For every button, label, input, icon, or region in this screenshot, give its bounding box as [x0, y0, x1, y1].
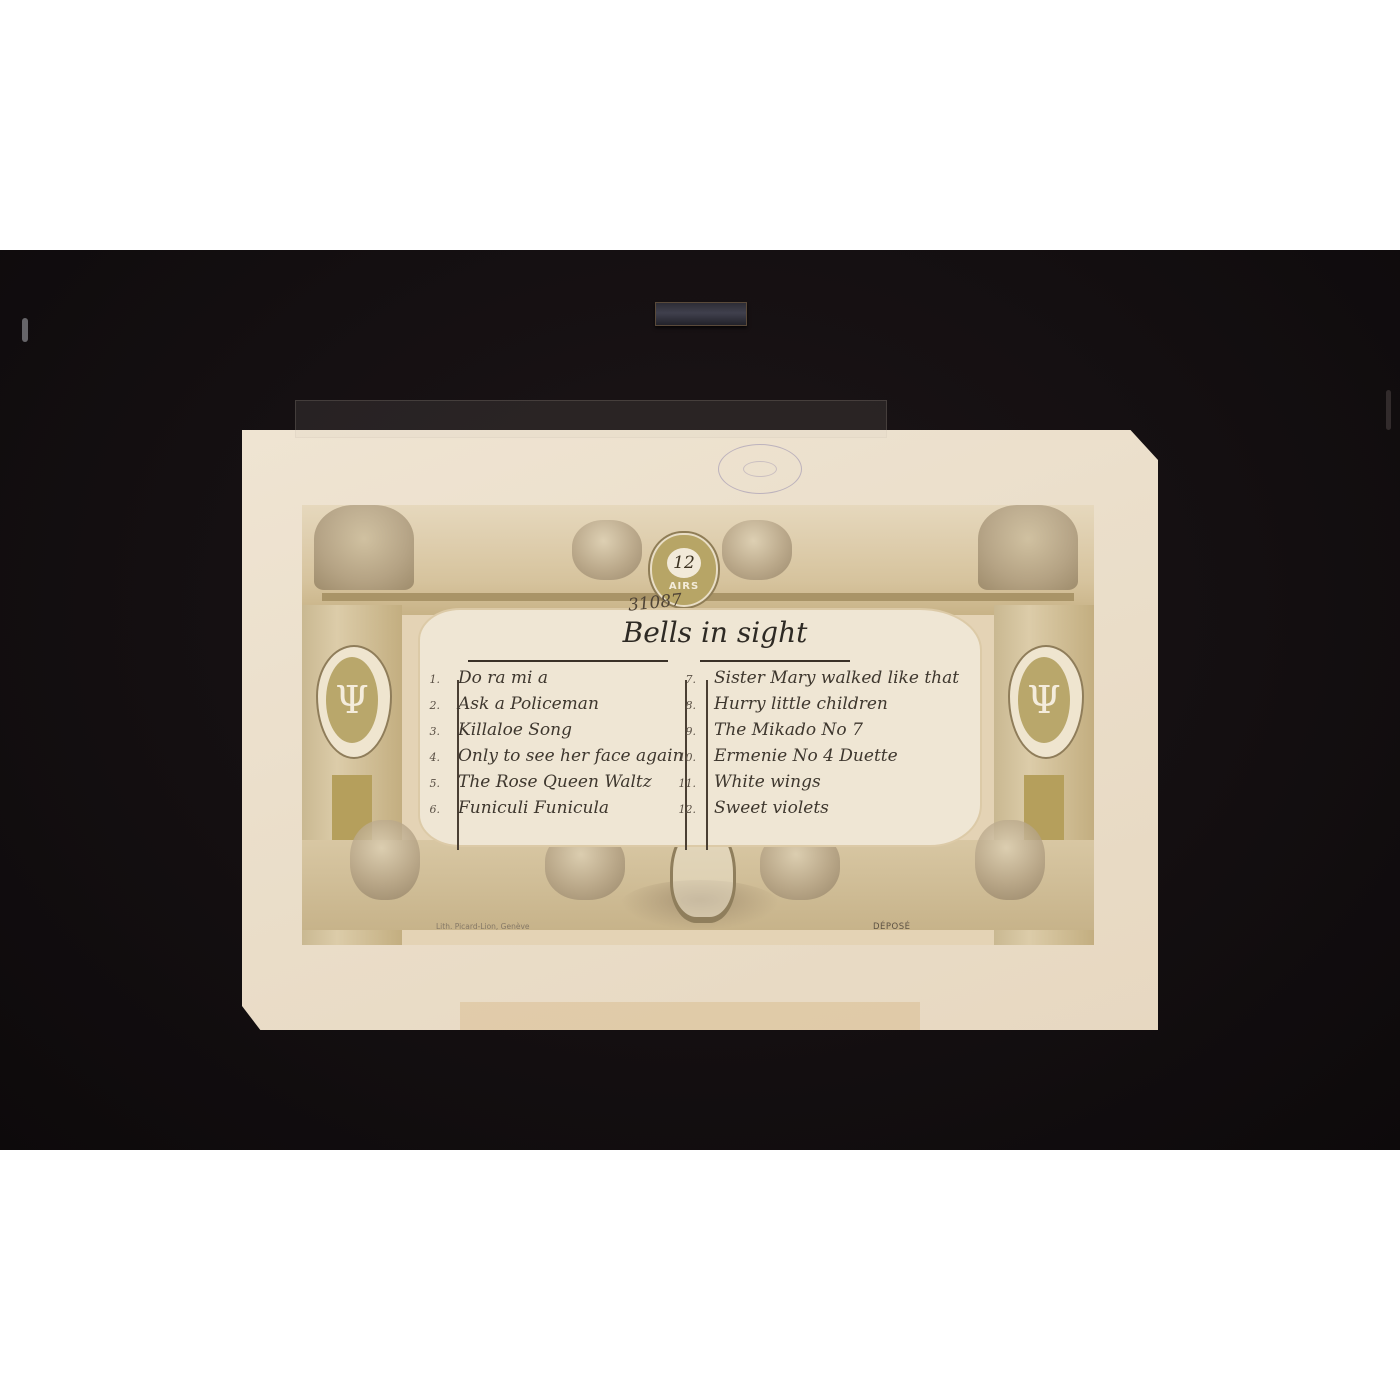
cherub-reading-right: [722, 520, 792, 580]
tune-item: 9.The Mikado No 7: [670, 720, 863, 742]
tune-title: The Mikado No 7: [714, 720, 863, 740]
left-medallion: Ψ: [316, 645, 392, 759]
tune-number: 8.: [670, 699, 696, 712]
tune-title: Funiculi Funicula: [458, 798, 609, 818]
tune-number: 4.: [414, 751, 440, 764]
tune-item: 8.Hurry little children: [670, 694, 888, 716]
depose-mark: DÉPOSÉ: [873, 922, 911, 932]
lid-blemish: [22, 318, 28, 342]
tune-number: 11.: [670, 777, 696, 790]
tune-title: Ask a Policeman: [458, 694, 599, 714]
tune-item: 5.The Rose Queen Waltz: [414, 772, 652, 794]
tune-number: 6.: [414, 803, 440, 816]
tune-number: 5.: [414, 777, 440, 790]
card-title: Bells in sight: [595, 616, 835, 649]
tune-item: 6.Funiculi Funicula: [414, 798, 609, 820]
tune-item: 12.Sweet violets: [670, 798, 829, 820]
tune-title: Ermenie No 4 Duette: [714, 746, 898, 766]
tune-item: 4.Only to see her face again: [414, 746, 684, 768]
tune-item: 11.White wings: [670, 772, 821, 794]
right-medallion: Ψ: [1008, 645, 1084, 759]
tune-item: 2.Ask a Policeman: [414, 694, 599, 716]
tune-title: Hurry little children: [714, 694, 888, 714]
title-rule-right: [700, 660, 850, 662]
lyre-icon: Ψ: [326, 657, 378, 743]
tune-number: 9.: [670, 725, 696, 738]
tune-number: 2.: [414, 699, 440, 712]
cherub-reading-left: [572, 520, 642, 580]
title-rule-left: [468, 660, 668, 662]
tune-title: Do ra mi a: [458, 668, 548, 688]
airs-count: 12: [667, 548, 701, 578]
tune-item: 7.Sister Mary walked like that: [670, 668, 959, 690]
tape-strip-top: [295, 400, 887, 438]
cherub-harp-left: [350, 820, 420, 900]
lid-latch: [655, 302, 747, 326]
printer-imprint: Lith. Picard-Lion, Genève: [436, 922, 530, 931]
instrument-trophy-ornament: [978, 505, 1078, 590]
tune-item: 3.Killaloe Song: [414, 720, 572, 742]
tune-title: Only to see her face again: [458, 746, 684, 766]
tune-title: Sweet violets: [714, 798, 829, 818]
tune-title: Killaloe Song: [458, 720, 572, 740]
bust-trophy-ornament: [314, 505, 414, 590]
tune-item: 1.Do ra mi a: [414, 668, 548, 690]
lid-blemish: [1386, 390, 1391, 430]
ink-stamp-center: [743, 461, 777, 477]
tune-title: Sister Mary walked like that: [714, 668, 959, 688]
tune-number: 12.: [670, 803, 696, 816]
tune-number: 10.: [670, 751, 696, 764]
lyre-icon: Ψ: [1018, 657, 1070, 743]
tune-item: 10.Ermenie No 4 Duette: [670, 746, 898, 768]
cherub-harp-right: [975, 820, 1045, 900]
tune-number: 3.: [414, 725, 440, 738]
tune-number: 7.: [670, 673, 696, 686]
tune-title: The Rose Queen Waltz: [458, 772, 652, 792]
tune-number: 1.: [414, 673, 440, 686]
tape-strip-bottom: [460, 1002, 920, 1030]
tune-title: White wings: [714, 772, 821, 792]
ink-stamp: [718, 444, 802, 494]
